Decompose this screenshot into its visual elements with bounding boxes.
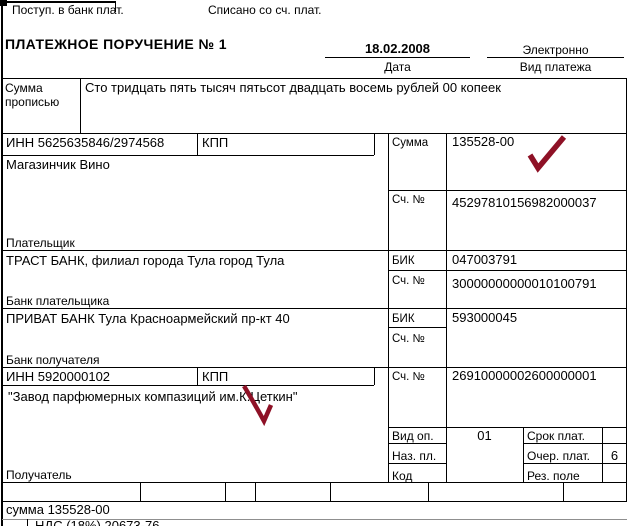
- payee-bank-account-label: Сч. №: [392, 332, 425, 346]
- grid-line: [2, 308, 627, 309]
- payer-section-label: Плательщик: [6, 236, 75, 250]
- grid-line: [388, 443, 446, 444]
- payer-account-value: 45297810156982000037: [452, 196, 597, 210]
- grid-line: [80, 78, 81, 133]
- grid-line: [388, 270, 627, 271]
- grid-line: [197, 133, 198, 155]
- payment-term-label: Срок плат.: [527, 429, 585, 443]
- grid-line: [2, 385, 374, 386]
- payer-bank-section-label: Банк плательщика: [6, 294, 109, 308]
- payment-kind-label: Вид платежа: [487, 60, 624, 74]
- grid-line: [330, 482, 331, 501]
- grid-line: [523, 443, 627, 444]
- payment-kind-underline: [487, 57, 624, 58]
- payment-priority-label: Очер. плат.: [527, 449, 590, 463]
- payee-bank-bik-value: 593000045: [452, 311, 517, 325]
- purpose-line-1: сумма 135528-00: [6, 503, 110, 517]
- form-left-frame: [1, 1, 3, 526]
- grid-line: [374, 367, 375, 385]
- operation-type-label: Вид оп.: [392, 429, 434, 443]
- payer-inn: ИНН 5625635846/2974568: [6, 136, 164, 150]
- payment-order-form: Поступ. в банк плат. Списано со сч. плат…: [0, 0, 630, 526]
- grid-line: [27, 519, 28, 526]
- grid-line: [2, 155, 374, 156]
- debited-from-account-label: Списано со сч. плат.: [208, 3, 322, 17]
- grid-line: [197, 367, 198, 385]
- form-right-frame: [626, 78, 627, 501]
- date-underline: [325, 57, 470, 58]
- grid-line: [388, 427, 627, 428]
- grid-line: [523, 427, 524, 482]
- amount-in-words-label: Сумма прописью: [5, 81, 77, 109]
- payee-kpp-label: КПП: [202, 370, 228, 384]
- amount-in-words-value: Сто тридцать пять тысяч пятьсот двадцать…: [85, 81, 501, 95]
- payment-priority-value: 6: [602, 449, 627, 463]
- payment-kind-value: Электронно: [487, 43, 624, 57]
- payee-bank-name: ПРИВАТ БАНК Тула Красноармейский пр-кт 4…: [6, 312, 290, 326]
- check-icon: [518, 130, 574, 176]
- grid-line: [2, 250, 627, 251]
- payer-bank-name: ТРАСТ БАНК, филиал города Тула город Тул…: [6, 254, 284, 268]
- grid-line: [388, 327, 446, 328]
- code-label: Код: [392, 469, 412, 483]
- payee-account-value: 26910000002600000001: [452, 369, 597, 383]
- operation-type-value: 01: [446, 429, 523, 443]
- grid-line: [523, 463, 627, 464]
- date-label: Дата: [325, 60, 470, 74]
- page-title: ПЛАТЕЖНОЕ ПОРУЧЕНИЕ № 1: [5, 37, 227, 51]
- payee-section-label: Получатель: [6, 468, 72, 482]
- grid-line: [388, 133, 389, 482]
- payer-bank-account-label: Сч. №: [392, 274, 425, 288]
- grid-line: [255, 482, 256, 501]
- date-value: 18.02.2008: [325, 42, 470, 56]
- grid-line: [388, 190, 627, 191]
- grid-line: [225, 482, 226, 501]
- received-in-bank-label: Поступ. в банк плат.: [12, 3, 124, 17]
- payee-bank-bik-label: БИК: [392, 312, 415, 326]
- payer-bank-account-value: 30000000000010100791: [452, 277, 597, 291]
- payment-purpose-code-label: Наз. пл.: [392, 449, 436, 463]
- payee-inn: ИНН 5920000102: [6, 370, 110, 384]
- payer-account-label: Сч. №: [392, 193, 425, 207]
- grid-line: [388, 463, 446, 464]
- purpose-line-2: НДС (18%) 20673-76: [35, 519, 159, 526]
- payer-kpp-label: КПП: [202, 136, 228, 150]
- payee-account-label: Сч. №: [392, 370, 425, 384]
- payer-name: Магазинчик Вино: [6, 158, 110, 172]
- payer-bank-bik-label: БИК: [392, 254, 415, 268]
- payer-bank-bik-value: 047003791: [452, 253, 517, 267]
- amount-label: Сумма: [392, 136, 428, 150]
- grid-line: [140, 482, 141, 501]
- grid-line: [563, 482, 564, 501]
- grid-line: [374, 133, 375, 155]
- payee-bank-section-label: Банк получателя: [6, 353, 99, 367]
- reserve-field-label: Рез. поле: [527, 469, 580, 483]
- arrow-icon: [240, 384, 280, 432]
- grid-line: [428, 482, 429, 501]
- amount-value: 135528-00: [452, 135, 514, 149]
- grid-line: [2, 78, 627, 79]
